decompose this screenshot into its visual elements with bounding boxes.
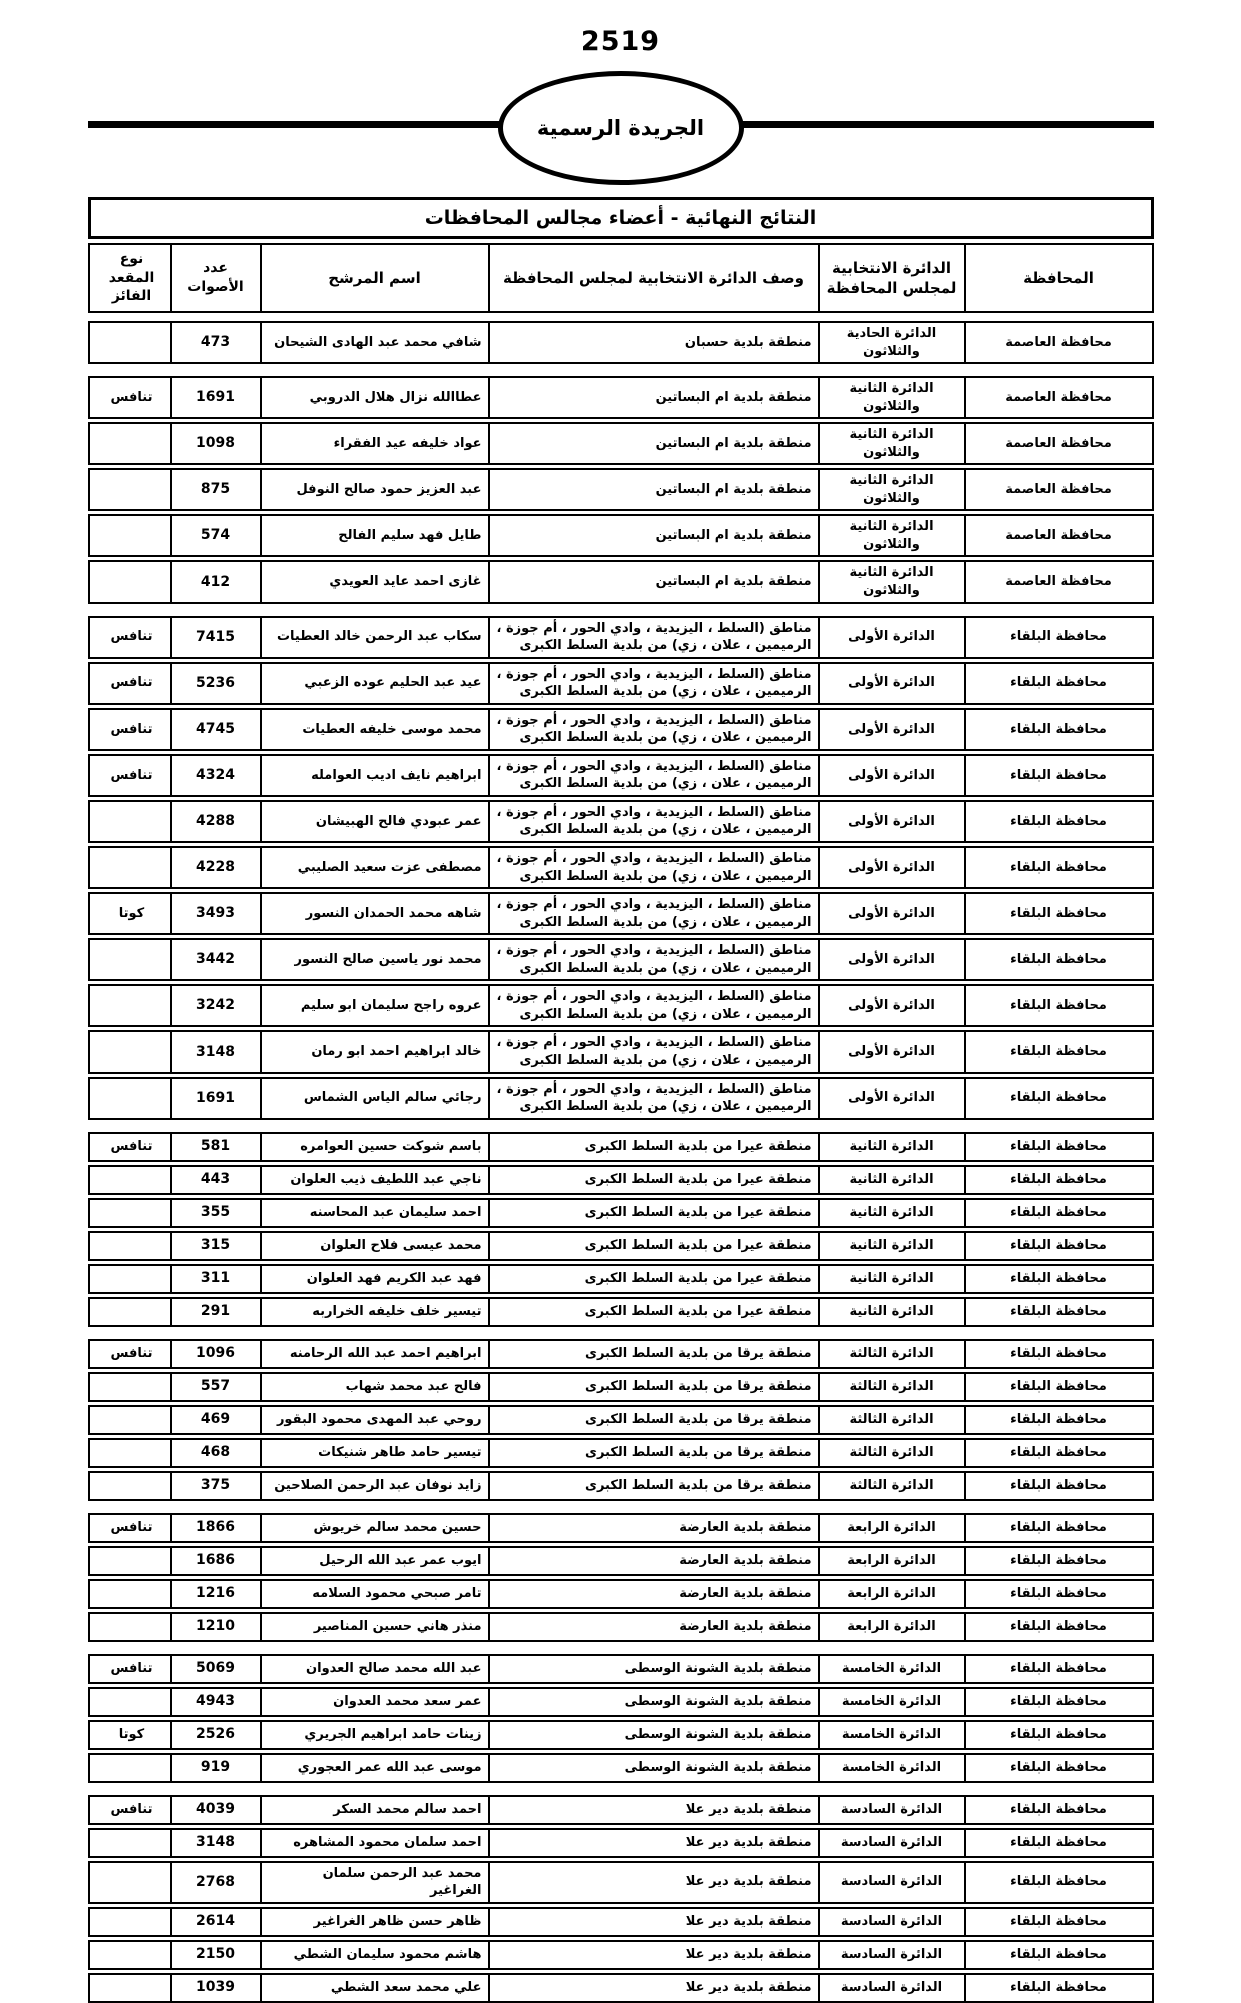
votes-cell: 1098 bbox=[170, 424, 260, 463]
governorate-cell: محافظة البلقاء bbox=[964, 664, 1152, 703]
table-row: محافظة البلقاء الدائرة الأولى مناطق (الس… bbox=[88, 1077, 1154, 1120]
votes-cell: 1216 bbox=[170, 1581, 260, 1607]
table-row: محافظة العاصمة الدائرة الثانية والثلاثون… bbox=[88, 422, 1154, 465]
district-description-cell: مناطق (السلط ، اليزيدية ، وادي الحور ، أ… bbox=[488, 1079, 818, 1118]
seat-type-cell bbox=[94, 1299, 170, 1325]
candidate-name-cell: ابراهيم احمد عبد الله الرحامنه bbox=[260, 1341, 488, 1367]
seat-type-cell: تنافس bbox=[94, 1797, 170, 1823]
district-cell: الدائرة الأولى bbox=[818, 802, 964, 841]
page-number: 2519 bbox=[0, 0, 1241, 57]
district-description-cell: منطقة بلدية ام البساتين bbox=[488, 516, 818, 555]
candidate-name-cell: احمد سالم محمد السكر bbox=[260, 1797, 488, 1823]
district-cell: الدائرة الثالثة bbox=[818, 1473, 964, 1499]
governorate-cell: محافظة البلقاء bbox=[964, 1200, 1152, 1226]
votes-cell: 2150 bbox=[170, 1942, 260, 1968]
district-description-cell: منطقة عيرا من بلدية السلط الكبرى bbox=[488, 1134, 818, 1160]
district-description-cell: منطقة بلدية ام البساتين bbox=[488, 378, 818, 417]
district-cell: الدائرة الثانية والثلاثون bbox=[818, 562, 964, 601]
governorate-cell: محافظة البلقاء bbox=[964, 1942, 1152, 1968]
seat-type-cell: تنافس bbox=[94, 378, 170, 417]
votes-cell: 1691 bbox=[170, 378, 260, 417]
candidate-name-cell: سكاب عبد الرحمن خالد العطيات bbox=[260, 618, 488, 657]
district-cell: الدائرة الثانية bbox=[818, 1200, 964, 1226]
district-cell: الدائرة الثانية bbox=[818, 1134, 964, 1160]
candidate-name-cell: عروه راجح سليمان ابو سليم bbox=[260, 986, 488, 1025]
candidate-name-cell: باسم شوكت حسين العوامره bbox=[260, 1134, 488, 1160]
district-description-cell: منطقة بلدية دير علا bbox=[488, 1797, 818, 1823]
district-description-cell: منطقة عيرا من بلدية السلط الكبرى bbox=[488, 1233, 818, 1259]
candidate-name-cell: محمد عبد الرحمن سلمان الغراغير bbox=[260, 1863, 488, 1902]
district-description-cell: منطقة بلدية الشونة الوسطى bbox=[488, 1722, 818, 1748]
district-cell: الدائرة السادسة bbox=[818, 1863, 964, 1902]
district-description-cell: منطقة عيرا من بلدية السلط الكبرى bbox=[488, 1299, 818, 1325]
seat-type-cell bbox=[94, 1266, 170, 1292]
seat-type-cell bbox=[94, 1548, 170, 1574]
seat-type-cell bbox=[94, 1909, 170, 1935]
table-row: محافظة العاصمة الدائرة الثانية والثلاثون… bbox=[88, 560, 1154, 603]
votes-cell: 315 bbox=[170, 1233, 260, 1259]
district-cell: الدائرة الأولى bbox=[818, 756, 964, 795]
governorate-cell: محافظة العاصمة bbox=[964, 562, 1152, 601]
table-row: محافظة البلقاء الدائرة السادسة منطقة بلد… bbox=[88, 1828, 1154, 1858]
votes-cell: 7415 bbox=[170, 618, 260, 657]
district-description-cell: مناطق (السلط ، اليزيدية ، وادي الحور ، أ… bbox=[488, 756, 818, 795]
candidate-name-cell: عمر عبودي فالح الهبيشان bbox=[260, 802, 488, 841]
district-description-cell: مناطق (السلط ، اليزيدية ، وادي الحور ، أ… bbox=[488, 1032, 818, 1071]
district-description-cell: منطقة بلدية العارضة bbox=[488, 1515, 818, 1541]
votes-cell: 5069 bbox=[170, 1656, 260, 1682]
district-cell: الدائرة الخامسة bbox=[818, 1722, 964, 1748]
votes-cell: 557 bbox=[170, 1374, 260, 1400]
governorate-cell: محافظة العاصمة bbox=[964, 424, 1152, 463]
district-cell: الدائرة الثالثة bbox=[818, 1341, 964, 1367]
governorate-cell: محافظة البلقاء bbox=[964, 1689, 1152, 1715]
candidate-name-cell: منذر هاني حسين المناصير bbox=[260, 1614, 488, 1640]
district-cell: الدائرة الثانية والثلاثون bbox=[818, 424, 964, 463]
candidate-name-cell: خالد ابراهيم احمد ابو رمان bbox=[260, 1032, 488, 1071]
district-description-cell: مناطق (السلط ، اليزيدية ، وادي الحور ، أ… bbox=[488, 894, 818, 933]
seat-type-cell bbox=[94, 1689, 170, 1715]
governorate-cell: محافظة البلقاء bbox=[964, 1909, 1152, 1935]
district-cell: الدائرة السادسة bbox=[818, 1830, 964, 1856]
table-row: محافظة البلقاء الدائرة الأولى مناطق (الس… bbox=[88, 1030, 1154, 1073]
district-description-cell: منطقة عيرا من بلدية السلط الكبرى bbox=[488, 1266, 818, 1292]
candidate-name-cell: طايل فهد سليم الفالح bbox=[260, 516, 488, 555]
district-description-cell: منطقة بلدية الشونة الوسطى bbox=[488, 1656, 818, 1682]
seat-type-cell bbox=[94, 1079, 170, 1118]
governorate-cell: محافظة العاصمة bbox=[964, 323, 1152, 362]
seat-type-cell bbox=[94, 470, 170, 509]
results-table: النتائج النهائية - أعضاء مجالس المحافظات… bbox=[88, 197, 1154, 2003]
district-cell: الدائرة الأولى bbox=[818, 894, 964, 933]
table-row: محافظة البلقاء الدائرة الأولى مناطق (الس… bbox=[88, 846, 1154, 889]
votes-cell: 919 bbox=[170, 1755, 260, 1781]
governorate-cell: محافظة البلقاء bbox=[964, 1863, 1152, 1902]
table-row: محافظة البلقاء الدائرة الخامسة منطقة بلد… bbox=[88, 1720, 1154, 1750]
table-row: محافظة العاصمة الدائرة الثانية والثلاثون… bbox=[88, 514, 1154, 557]
candidate-name-cell: عبد الله محمد صالح العدوان bbox=[260, 1656, 488, 1682]
district-description-cell: مناطق (السلط ، اليزيدية ، وادي الحور ، أ… bbox=[488, 664, 818, 703]
votes-cell: 4228 bbox=[170, 848, 260, 887]
governorate-cell: محافظة البلقاء bbox=[964, 1233, 1152, 1259]
seat-type-cell bbox=[94, 1614, 170, 1640]
votes-cell: 412 bbox=[170, 562, 260, 601]
district-description-cell: منطقة بلدية العارضة bbox=[488, 1548, 818, 1574]
district-cell: الدائرة الثانية والثلاثون bbox=[818, 470, 964, 509]
table-row: محافظة البلقاء الدائرة الثانية منطقة عير… bbox=[88, 1264, 1154, 1294]
votes-cell: 4039 bbox=[170, 1797, 260, 1823]
governorate-cell: محافظة البلقاء bbox=[964, 986, 1152, 1025]
seat-type-cell: تنافس bbox=[94, 1341, 170, 1367]
table-row: محافظة البلقاء الدائرة الثانية منطقة عير… bbox=[88, 1231, 1154, 1261]
table-row: محافظة البلقاء الدائرة الرابعة منطقة بلد… bbox=[88, 1546, 1154, 1576]
candidate-name-cell: فالح عبد محمد شهاب bbox=[260, 1374, 488, 1400]
candidate-name-cell: تامر صبحي محمود السلامه bbox=[260, 1581, 488, 1607]
governorate-cell: محافظة البلقاء bbox=[964, 1079, 1152, 1118]
votes-cell: 3148 bbox=[170, 1830, 260, 1856]
district-description-cell: مناطق (السلط ، اليزيدية ، وادي الحور ، أ… bbox=[488, 802, 818, 841]
governorate-cell: محافظة البلقاء bbox=[964, 1581, 1152, 1607]
candidate-name-cell: مصطفى عزت سعيد الصليبي bbox=[260, 848, 488, 887]
candidate-name-cell: فهد عبد الكريم فهد العلوان bbox=[260, 1266, 488, 1292]
seat-type-cell: كوتا bbox=[94, 894, 170, 933]
district-cell: الدائرة الأولى bbox=[818, 986, 964, 1025]
governorate-cell: محافظة البلقاء bbox=[964, 894, 1152, 933]
seat-type-cell bbox=[94, 1755, 170, 1781]
candidate-name-cell: زايد نوفان عبد الرحمن الصلاحين bbox=[260, 1473, 488, 1499]
table-row: محافظة البلقاء الدائرة الأولى مناطق (الس… bbox=[88, 892, 1154, 935]
district-description-cell: مناطق (السلط ، اليزيدية ، وادي الحور ، أ… bbox=[488, 618, 818, 657]
votes-cell: 2768 bbox=[170, 1863, 260, 1902]
candidate-name-cell: ايوب عمر عبد الله الرحيل bbox=[260, 1548, 488, 1574]
candidate-name-cell: شافي محمد عبد الهادى الشيحان bbox=[260, 323, 488, 362]
table-title: النتائج النهائية - أعضاء مجالس المحافظات bbox=[88, 197, 1154, 239]
table-row: محافظة البلقاء الدائرة الثالثة منطقة يرق… bbox=[88, 1405, 1154, 1435]
district-description-cell: منطقة بلدية ام البساتين bbox=[488, 424, 818, 463]
votes-cell: 1039 bbox=[170, 1975, 260, 2001]
governorate-cell: محافظة البلقاء bbox=[964, 940, 1152, 979]
gazette-page: { "page": { "number": "2519", "gazette_n… bbox=[0, 0, 1241, 1755]
district-cell: الدائرة السادسة bbox=[818, 1942, 964, 1968]
governorate-cell: محافظة البلقاء bbox=[964, 1266, 1152, 1292]
candidate-name-cell: روحي عبد المهدى محمود البقور bbox=[260, 1407, 488, 1433]
district-cell: الدائرة الرابعة bbox=[818, 1548, 964, 1574]
seat-type-cell bbox=[94, 848, 170, 887]
votes-cell: 1096 bbox=[170, 1341, 260, 1367]
district-group: محافظة البلقاء الدائرة الخامسة منطقة بلد… bbox=[88, 1654, 1154, 1783]
table-row: محافظة البلقاء الدائرة الأولى مناطق (الس… bbox=[88, 708, 1154, 751]
district-description-cell: منطقة يرقا من بلدية السلط الكبرى bbox=[488, 1440, 818, 1466]
candidate-name-cell: عطاالله نزال هلال الدروبي bbox=[260, 378, 488, 417]
table-row: محافظة البلقاء الدائرة الخامسة منطقة بلد… bbox=[88, 1654, 1154, 1684]
governorate-cell: محافظة البلقاء bbox=[964, 802, 1152, 841]
table-row: محافظة البلقاء الدائرة الثانية منطقة عير… bbox=[88, 1198, 1154, 1228]
district-cell: الدائرة الأولى bbox=[818, 710, 964, 749]
district-description-cell: منطقة بلدية الشونة الوسطى bbox=[488, 1755, 818, 1781]
seat-type-cell bbox=[94, 1200, 170, 1226]
governorate-cell: محافظة البلقاء bbox=[964, 1299, 1152, 1325]
governorate-cell: محافظة العاصمة bbox=[964, 470, 1152, 509]
seat-type-cell bbox=[94, 1581, 170, 1607]
governorate-cell: محافظة البلقاء bbox=[964, 756, 1152, 795]
district-cell: الدائرة الأولى bbox=[818, 664, 964, 703]
seat-type-cell: تنافس bbox=[94, 618, 170, 657]
table-row: محافظة البلقاء الدائرة الرابعة منطقة بلد… bbox=[88, 1579, 1154, 1609]
votes-cell: 2526 bbox=[170, 1722, 260, 1748]
votes-cell: 5236 bbox=[170, 664, 260, 703]
votes-cell: 311 bbox=[170, 1266, 260, 1292]
district-cell: الدائرة الخامسة bbox=[818, 1755, 964, 1781]
table-row: محافظة البلقاء الدائرة الثالثة منطقة يرق… bbox=[88, 1471, 1154, 1501]
header-governorate: المحافظة bbox=[964, 245, 1152, 311]
votes-cell: 3442 bbox=[170, 940, 260, 979]
votes-cell: 375 bbox=[170, 1473, 260, 1499]
seat-type-cell bbox=[94, 1407, 170, 1433]
table-row: محافظة البلقاء الدائرة السادسة منطقة بلد… bbox=[88, 1795, 1154, 1825]
candidate-name-cell: عيد عبد الحليم عوده الزعبي bbox=[260, 664, 488, 703]
district-cell: الدائرة الأولى bbox=[818, 848, 964, 887]
table-row: محافظة البلقاء الدائرة الأولى مناطق (الس… bbox=[88, 800, 1154, 843]
votes-cell: 3242 bbox=[170, 986, 260, 1025]
governorate-cell: محافظة البلقاء bbox=[964, 1341, 1152, 1367]
candidate-name-cell: ناجي عبد اللطيف ذيب العلوان bbox=[260, 1167, 488, 1193]
candidate-name-cell: احمد سلمان محمود المشاهره bbox=[260, 1830, 488, 1856]
candidate-name-cell: غازى احمد عايد العويدي bbox=[260, 562, 488, 601]
district-group: محافظة البلقاء الدائرة السادسة منطقة بلد… bbox=[88, 1795, 1154, 2003]
district-description-cell: مناطق (السلط ، اليزيدية ، وادي الحور ، أ… bbox=[488, 710, 818, 749]
seat-type-cell: تنافس bbox=[94, 1134, 170, 1160]
candidate-name-cell: احمد سليمان عبد المحاسنه bbox=[260, 1200, 488, 1226]
votes-cell: 2614 bbox=[170, 1909, 260, 1935]
table-row: محافظة البلقاء الدائرة الأولى مناطق (الس… bbox=[88, 662, 1154, 705]
candidate-name-cell: محمد موسى خليفه العطيات bbox=[260, 710, 488, 749]
seat-type-cell bbox=[94, 1440, 170, 1466]
masthead: الجريدة الرسمية bbox=[88, 69, 1154, 187]
district-description-cell: منطقة يرقا من بلدية السلط الكبرى bbox=[488, 1374, 818, 1400]
district-description-cell: مناطق (السلط ، اليزيدية ، وادي الحور ، أ… bbox=[488, 940, 818, 979]
governorate-cell: محافظة البلقاء bbox=[964, 1830, 1152, 1856]
seat-type-cell bbox=[94, 940, 170, 979]
district-cell: الدائرة الرابعة bbox=[818, 1515, 964, 1541]
governorate-cell: محافظة البلقاء bbox=[964, 1032, 1152, 1071]
table-row: محافظة البلقاء الدائرة الرابعة منطقة بلد… bbox=[88, 1612, 1154, 1642]
district-cell: الدائرة الثالثة bbox=[818, 1374, 964, 1400]
header-district-description: وصف الدائرة الانتخابية لمجلس المحافظة bbox=[488, 245, 818, 311]
votes-cell: 4288 bbox=[170, 802, 260, 841]
district-cell: الدائرة الرابعة bbox=[818, 1614, 964, 1640]
governorate-cell: محافظة البلقاء bbox=[964, 1407, 1152, 1433]
candidate-name-cell: عمر سعد محمد العدوان bbox=[260, 1689, 488, 1715]
votes-cell: 1686 bbox=[170, 1548, 260, 1574]
governorate-cell: محافظة البلقاء bbox=[964, 848, 1152, 887]
header-votes: عدد الأصوات bbox=[170, 245, 260, 311]
candidate-name-cell: شاهه محمد الحمدان النسور bbox=[260, 894, 488, 933]
district-description-cell: منطقة بلدية الشونة الوسطى bbox=[488, 1689, 818, 1715]
governorate-cell: محافظة البلقاء bbox=[964, 1722, 1152, 1748]
candidate-name-cell: عبد العزيز حمود صالح النوفل bbox=[260, 470, 488, 509]
district-description-cell: منطقة بلدية دير علا bbox=[488, 1909, 818, 1935]
district-cell: الدائرة السادسة bbox=[818, 1909, 964, 1935]
governorate-cell: محافظة العاصمة bbox=[964, 516, 1152, 555]
district-group: محافظة العاصمة الدائرة الثانية والثلاثون… bbox=[88, 376, 1154, 603]
candidate-name-cell: تيسير خلف خليفه الخراربه bbox=[260, 1299, 488, 1325]
table-header-row: المحافظة الدائرة الانتخابية لمجلس المحاف… bbox=[88, 243, 1154, 313]
district-cell: الدائرة الأولى bbox=[818, 618, 964, 657]
district-cell: الدائرة الخامسة bbox=[818, 1656, 964, 1682]
district-description-cell: منطقة بلدية دير علا bbox=[488, 1942, 818, 1968]
table-row: محافظة البلقاء الدائرة الأولى مناطق (الس… bbox=[88, 616, 1154, 659]
district-group: محافظة البلقاء الدائرة الثانية منطقة عير… bbox=[88, 1132, 1154, 1327]
table-row: محافظة البلقاء الدائرة السادسة منطقة بلد… bbox=[88, 1907, 1154, 1937]
seat-type-cell bbox=[94, 1233, 170, 1259]
district-description-cell: منطقة عيرا من بلدية السلط الكبرى bbox=[488, 1167, 818, 1193]
seat-type-cell: تنافس bbox=[94, 1656, 170, 1682]
table-row: محافظة البلقاء الدائرة الثالثة منطقة يرق… bbox=[88, 1339, 1154, 1369]
district-cell: الدائرة الثانية bbox=[818, 1233, 964, 1259]
district-cell: الدائرة الثانية bbox=[818, 1167, 964, 1193]
table-row: محافظة البلقاء الدائرة الخامسة منطقة بلد… bbox=[88, 1753, 1154, 1783]
votes-cell: 291 bbox=[170, 1299, 260, 1325]
seat-type-cell bbox=[94, 1975, 170, 2001]
votes-cell: 581 bbox=[170, 1134, 260, 1160]
governorate-cell: محافظة البلقاء bbox=[964, 1755, 1152, 1781]
table-row: محافظة البلقاء الدائرة الثانية منطقة عير… bbox=[88, 1165, 1154, 1195]
candidate-name-cell: ظاهر حسن ظاهر الغراغير bbox=[260, 1909, 488, 1935]
seat-type-cell bbox=[94, 1032, 170, 1071]
seat-type-cell bbox=[94, 802, 170, 841]
district-cell: الدائرة السادسة bbox=[818, 1797, 964, 1823]
district-description-cell: مناطق (السلط ، اليزيدية ، وادي الحور ، أ… bbox=[488, 986, 818, 1025]
table-row: محافظة البلقاء الدائرة الخامسة منطقة بلد… bbox=[88, 1687, 1154, 1717]
header-district: الدائرة الانتخابية لمجلس المحافظة bbox=[818, 245, 964, 311]
district-cell: الدائرة السادسة bbox=[818, 1975, 964, 2001]
governorate-cell: محافظة البلقاء bbox=[964, 1614, 1152, 1640]
district-description-cell: منطقة بلدية ام البساتين bbox=[488, 562, 818, 601]
table-row: محافظة البلقاء الدائرة السادسة منطقة بلد… bbox=[88, 1861, 1154, 1904]
seat-type-cell bbox=[94, 562, 170, 601]
candidate-name-cell: رجائي سالم الياس الشماس bbox=[260, 1079, 488, 1118]
votes-cell: 3148 bbox=[170, 1032, 260, 1071]
seat-type-cell bbox=[94, 1863, 170, 1902]
governorate-cell: محافظة البلقاء bbox=[964, 1440, 1152, 1466]
table-row: محافظة البلقاء الدائرة الأولى مناطق (الس… bbox=[88, 938, 1154, 981]
gazette-oval: الجريدة الرسمية bbox=[498, 71, 744, 185]
candidate-name-cell: محمد عيسى فلاح العلوان bbox=[260, 1233, 488, 1259]
table-row: محافظة البلقاء الدائرة الأولى مناطق (الس… bbox=[88, 984, 1154, 1027]
district-description-cell: منطقة بلدية العارضة bbox=[488, 1581, 818, 1607]
table-row: محافظة البلقاء الدائرة السادسة منطقة بلد… bbox=[88, 1940, 1154, 1970]
seat-type-cell: كوتا bbox=[94, 1722, 170, 1748]
district-description-cell: منطقة يرقا من بلدية السلط الكبرى bbox=[488, 1473, 818, 1499]
district-cell: الدائرة الثالثة bbox=[818, 1440, 964, 1466]
table-row: محافظة العاصمة الدائرة الحادية والثلاثون… bbox=[88, 321, 1154, 364]
seat-type-cell bbox=[94, 1942, 170, 1968]
candidate-name-cell: زينات حامد ابراهيم الجريري bbox=[260, 1722, 488, 1748]
district-cell: الدائرة الأولى bbox=[818, 940, 964, 979]
gazette-name: الجريدة الرسمية bbox=[537, 116, 704, 140]
table-body: محافظة العاصمة الدائرة الحادية والثلاثون… bbox=[88, 321, 1154, 2003]
governorate-cell: محافظة البلقاء bbox=[964, 618, 1152, 657]
district-cell: الدائرة الثانية والثلاثون bbox=[818, 516, 964, 555]
district-group: محافظة البلقاء الدائرة الرابعة منطقة بلد… bbox=[88, 1513, 1154, 1642]
district-cell: الدائرة الثالثة bbox=[818, 1407, 964, 1433]
district-description-cell: منطقة عيرا من بلدية السلط الكبرى bbox=[488, 1200, 818, 1226]
governorate-cell: محافظة البلقاء bbox=[964, 1473, 1152, 1499]
district-description-cell: منطقة بلدية ام البساتين bbox=[488, 470, 818, 509]
table-row: محافظة البلقاء الدائرة الثالثة منطقة يرق… bbox=[88, 1438, 1154, 1468]
table-row: محافظة العاصمة الدائرة الثانية والثلاثون… bbox=[88, 468, 1154, 511]
district-description-cell: منطقة بلدية دير علا bbox=[488, 1863, 818, 1902]
candidate-name-cell: عواد خليفه عيد الفقراء bbox=[260, 424, 488, 463]
governorate-cell: محافظة البلقاء bbox=[964, 1797, 1152, 1823]
district-cell: الدائرة الأولى bbox=[818, 1032, 964, 1071]
district-description-cell: منطقة بلدية دير علا bbox=[488, 1975, 818, 2001]
seat-type-cell bbox=[94, 323, 170, 362]
governorate-cell: محافظة البلقاء bbox=[964, 1374, 1152, 1400]
district-cell: الدائرة الحادية والثلاثون bbox=[818, 323, 964, 362]
votes-cell: 3493 bbox=[170, 894, 260, 933]
header-seat-type: نوع المقعد الفائز bbox=[94, 245, 170, 311]
seat-type-cell: تنافس bbox=[94, 664, 170, 703]
votes-cell: 473 bbox=[170, 323, 260, 362]
governorate-cell: محافظة البلقاء bbox=[964, 710, 1152, 749]
district-description-cell: منطقة يرقا من بلدية السلط الكبرى bbox=[488, 1341, 818, 1367]
district-cell: الدائرة الثانية bbox=[818, 1266, 964, 1292]
votes-cell: 468 bbox=[170, 1440, 260, 1466]
governorate-cell: محافظة البلقاء bbox=[964, 1167, 1152, 1193]
candidate-name-cell: محمد نور ياسين صالح النسور bbox=[260, 940, 488, 979]
governorate-cell: محافظة العاصمة bbox=[964, 378, 1152, 417]
district-cell: الدائرة الرابعة bbox=[818, 1581, 964, 1607]
candidate-name-cell: ابراهيم نايف اديب العوامله bbox=[260, 756, 488, 795]
candidate-name-cell: موسى عبد الله عمر العجوري bbox=[260, 1755, 488, 1781]
votes-cell: 443 bbox=[170, 1167, 260, 1193]
district-description-cell: منطقة يرقا من بلدية السلط الكبرى bbox=[488, 1407, 818, 1433]
table-row: محافظة البلقاء الدائرة الثانية منطقة عير… bbox=[88, 1132, 1154, 1162]
table-row: محافظة البلقاء الدائرة الرابعة منطقة بلد… bbox=[88, 1513, 1154, 1543]
seat-type-cell bbox=[94, 424, 170, 463]
district-description-cell: منطقة بلدية حسبان bbox=[488, 323, 818, 362]
governorate-cell: محافظة البلقاء bbox=[964, 1548, 1152, 1574]
votes-cell: 1210 bbox=[170, 1614, 260, 1640]
seat-type-cell bbox=[94, 1167, 170, 1193]
seat-type-cell: تنافس bbox=[94, 756, 170, 795]
table-row: محافظة البلقاء الدائرة الأولى مناطق (الس… bbox=[88, 754, 1154, 797]
votes-cell: 469 bbox=[170, 1407, 260, 1433]
votes-cell: 1691 bbox=[170, 1079, 260, 1118]
governorate-cell: محافظة البلقاء bbox=[964, 1975, 1152, 2001]
votes-cell: 875 bbox=[170, 470, 260, 509]
table-row: محافظة العاصمة الدائرة الثانية والثلاثون… bbox=[88, 376, 1154, 419]
candidate-name-cell: تيسير حامد طاهر شنيكات bbox=[260, 1440, 488, 1466]
district-description-cell: مناطق (السلط ، اليزيدية ، وادي الحور ، أ… bbox=[488, 848, 818, 887]
table-row: محافظة البلقاء الدائرة الثانية منطقة عير… bbox=[88, 1297, 1154, 1327]
district-description-cell: منطقة بلدية العارضة bbox=[488, 1614, 818, 1640]
governorate-cell: محافظة البلقاء bbox=[964, 1134, 1152, 1160]
seat-type-cell bbox=[94, 1473, 170, 1499]
seat-type-cell bbox=[94, 1830, 170, 1856]
seat-type-cell bbox=[94, 1374, 170, 1400]
seat-type-cell bbox=[94, 986, 170, 1025]
votes-cell: 355 bbox=[170, 1200, 260, 1226]
candidate-name-cell: هاشم محمود سليمان الشطي bbox=[260, 1942, 488, 1968]
votes-cell: 4745 bbox=[170, 710, 260, 749]
votes-cell: 1866 bbox=[170, 1515, 260, 1541]
header-candidate-name: اسم المرشح bbox=[260, 245, 488, 311]
seat-type-cell: تنافس bbox=[94, 1515, 170, 1541]
district-cell: الدائرة الثانية والثلاثون bbox=[818, 378, 964, 417]
seat-type-cell bbox=[94, 516, 170, 555]
